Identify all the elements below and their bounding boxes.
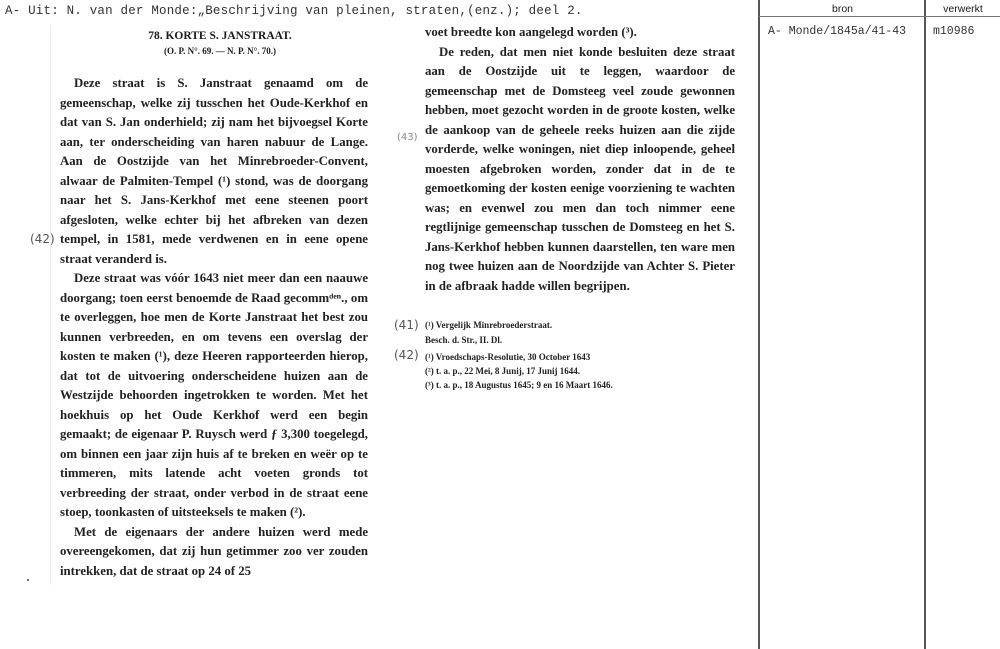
margin-page-note: (42) xyxy=(394,348,419,362)
margin-page-note: (43) xyxy=(397,132,418,143)
margin-page-note: (41) xyxy=(394,318,419,332)
table-header-rule xyxy=(759,16,1000,17)
margin-page-note: (42) xyxy=(30,232,55,246)
footnote: (²) t. a. p., 22 Mei, 8 Junij, 17 Junij … xyxy=(425,364,580,378)
article-subtitle: (O. P. N°. 69. — N. P. N°. 70.) xyxy=(100,46,340,56)
source-header: A- Uit: N. van der Monde:„Beschrijving v… xyxy=(5,4,583,18)
table-left-border xyxy=(758,0,760,649)
paragraph: Deze straat was vóór 1643 niet meer dan … xyxy=(60,269,368,523)
scan-edge xyxy=(50,25,51,585)
paragraph: Met de eigenaars der andere huizen werd … xyxy=(60,523,368,582)
column-header-verwerkt: verwerkt xyxy=(926,3,1000,15)
article-left-column: Deze straat is S. Janstraat genaamd om d… xyxy=(60,74,368,581)
paragraph: voet breedte kon aangelegd worden (³). xyxy=(425,23,735,43)
footnote: (¹) Vergelijk Minrebroederstraat. xyxy=(425,318,552,332)
article-title: 78. KORTE S. JANSTRAAT. xyxy=(100,30,340,42)
paragraph: De reden, dat men niet konde besluiten d… xyxy=(425,43,735,297)
cell-bron: A- Monde/1845a/41-43 xyxy=(768,25,906,38)
footnote: (¹) Vroedschaps-Resolutie, 30 October 16… xyxy=(425,350,590,364)
scan-speck xyxy=(27,579,29,581)
table-column-divider xyxy=(924,0,926,649)
column-header-bron: bron xyxy=(760,3,925,15)
article-right-column: voet breedte kon aangelegd worden (³). D… xyxy=(425,23,735,296)
cell-verwerkt: m10986 xyxy=(933,25,974,38)
paragraph: Deze straat is S. Janstraat genaamd om d… xyxy=(60,74,368,269)
footnote: (³) t. a. p., 18 Augustus 1645; 9 en 16 … xyxy=(425,378,613,392)
footnote: Besch. d. Str., II. Dl. xyxy=(425,333,502,347)
